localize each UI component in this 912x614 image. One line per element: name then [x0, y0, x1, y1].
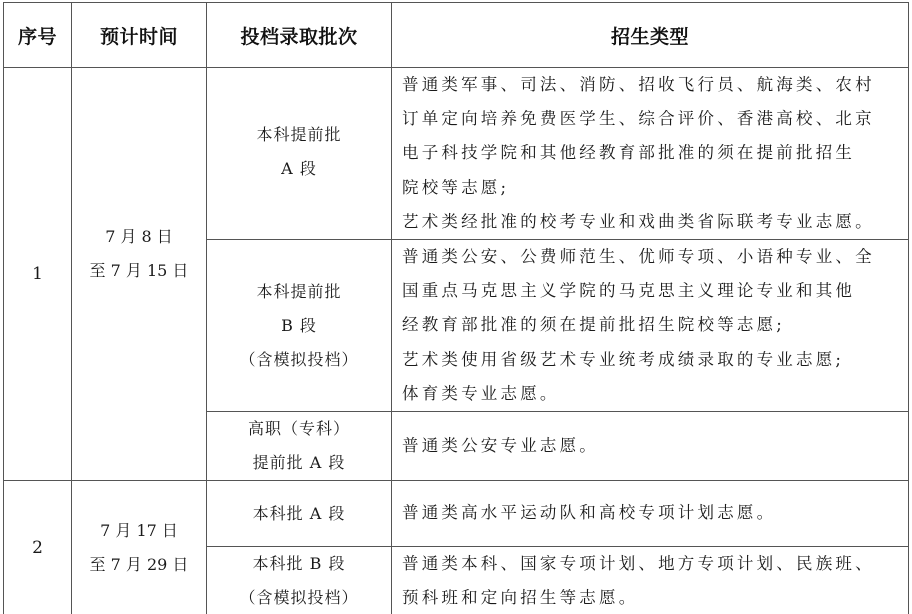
type-line: 普通类公安、公费师范生、优师专项、小语种专业、全 [402, 240, 902, 274]
admission-schedule-table: 序号 预计时间 投档录取批次 招生类型 1 7 月 8 日 至 7 月 15 日… [3, 2, 909, 614]
batch-cell: 本科提前批 A 段 [207, 68, 392, 240]
batch-line: （含模拟投档） [207, 581, 391, 614]
batch-line: 高职（专科） [207, 412, 391, 446]
type-cell: 普通类公安、公费师范生、优师专项、小语种专业、全 国重点马克思主义学院的马克思主… [392, 240, 909, 412]
type-line: 院校等志愿; [402, 171, 902, 205]
batch-line: 本科提前批 [207, 118, 391, 152]
group-number: 1 [4, 68, 72, 481]
header-row: 序号 预计时间 投档录取批次 招生类型 [4, 3, 909, 68]
type-cell: 普通类本科、国家专项计划、地方专项计划、民族班、 预科班和定向招生等志愿。 [392, 547, 909, 614]
type-line: 电子科技学院和其他经教育部批准的须在提前批招生 [402, 136, 902, 170]
batch-line: 本科批 A 段 [207, 497, 391, 531]
type-line: 普通类高水平运动队和高校专项计划志愿。 [402, 496, 902, 530]
batch-line: （含模拟投档） [207, 343, 391, 377]
type-cell: 普通类高水平运动队和高校专项计划志愿。 [392, 481, 909, 547]
time-start: 7 月 8 日 [72, 220, 206, 254]
time-end: 至 7 月 29 日 [72, 548, 206, 582]
time-start: 7 月 17 日 [72, 514, 206, 548]
table-row: 2 7 月 17 日 至 7 月 29 日 本科批 A 段 普通类高水平运动队和… [4, 481, 909, 547]
type-line: 体育类专业志愿。 [402, 377, 902, 411]
header-type: 招生类型 [392, 3, 909, 68]
type-line: 艺术类经批准的校考专业和戏曲类省际联考专业志愿。 [402, 205, 902, 239]
batch-line: 提前批 A 段 [207, 446, 391, 480]
header-time: 预计时间 [72, 3, 207, 68]
batch-cell: 本科提前批 B 段 （含模拟投档） [207, 240, 392, 412]
type-cell: 普通类公安专业志愿。 [392, 412, 909, 481]
batch-cell: 高职（专科） 提前批 A 段 [207, 412, 392, 481]
type-cell: 普通类军事、司法、消防、招收飞行员、航海类、农村 订单定向培养免费医学生、综合评… [392, 68, 909, 240]
time-cell: 7 月 17 日 至 7 月 29 日 [72, 481, 207, 614]
time-end: 至 7 月 15 日 [72, 254, 206, 288]
header-num: 序号 [4, 3, 72, 68]
type-line: 订单定向培养免费医学生、综合评价、香港高校、北京 [402, 102, 902, 136]
batch-line: 本科提前批 [207, 275, 391, 309]
table-row: 1 7 月 8 日 至 7 月 15 日 本科提前批 A 段 普通类军事、司法、… [4, 68, 909, 240]
batch-line: B 段 [207, 309, 391, 343]
type-line: 普通类军事、司法、消防、招收飞行员、航海类、农村 [402, 68, 902, 102]
header-batch: 投档录取批次 [207, 3, 392, 68]
batch-cell: 本科批 A 段 [207, 481, 392, 547]
time-cell: 7 月 8 日 至 7 月 15 日 [72, 68, 207, 481]
batch-line: A 段 [207, 152, 391, 186]
batch-cell: 本科批 B 段 （含模拟投档） [207, 547, 392, 614]
type-line: 艺术类使用省级艺术专业统考成绩录取的专业志愿; [402, 343, 902, 377]
type-line: 普通类公安专业志愿。 [402, 429, 902, 463]
type-line: 预科班和定向招生等志愿。 [402, 581, 902, 614]
batch-line: 本科批 B 段 [207, 547, 391, 581]
group-number: 2 [4, 481, 72, 614]
type-line: 普通类本科、国家专项计划、地方专项计划、民族班、 [402, 547, 902, 581]
type-line: 国重点马克思主义学院的马克思主义理论专业和其他 [402, 274, 902, 308]
type-line: 经教育部批准的须在提前批招生院校等志愿; [402, 308, 902, 342]
